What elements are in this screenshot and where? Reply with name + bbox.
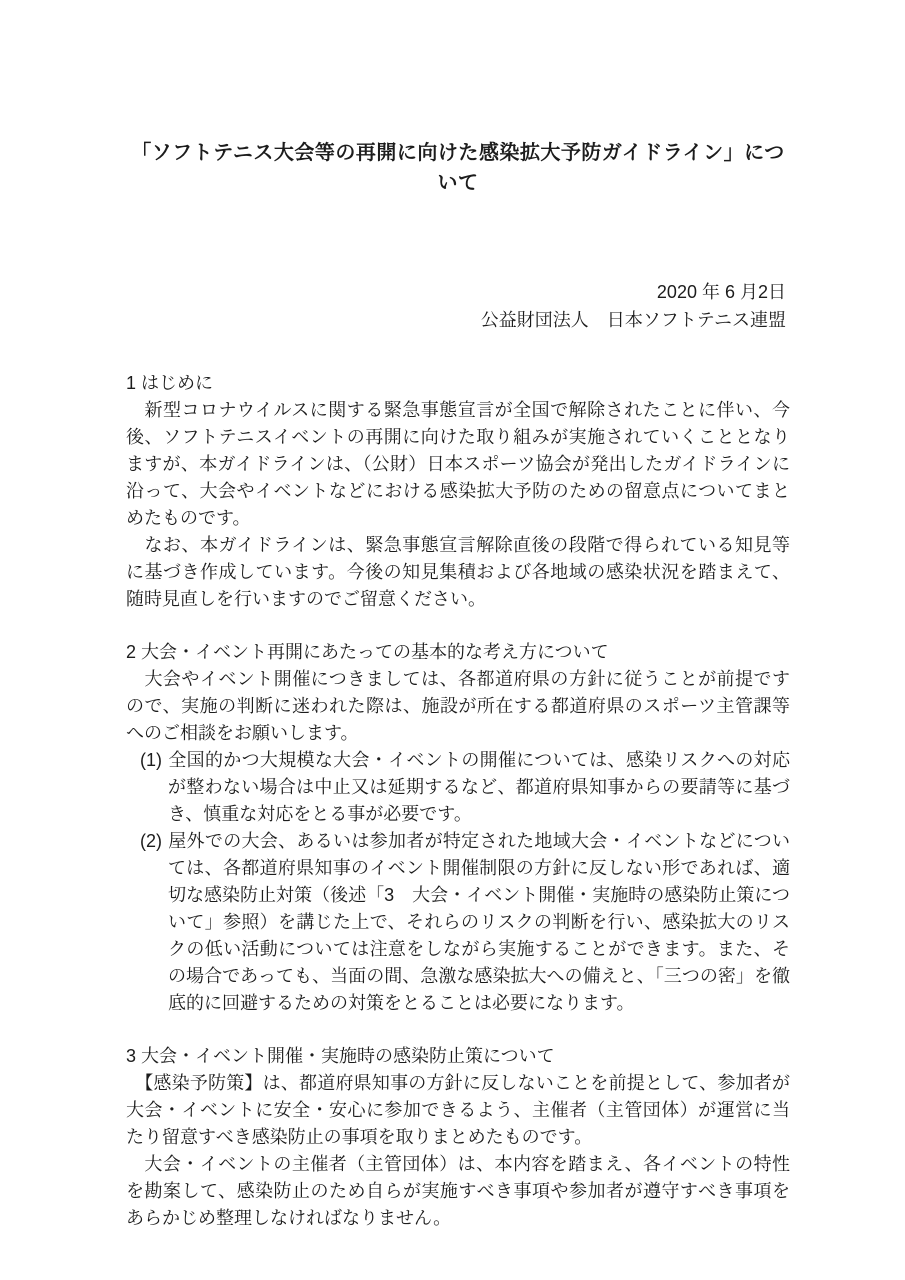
section-1-paragraph: なお、本ガイドラインは、緊急事態宣言解除直後の段階で得られている知見等に基づき作… xyxy=(126,532,790,613)
document-page: 「ソフトテニス大会等の再開に向けた感染拡大予防ガイドライン」について 2020 … xyxy=(0,0,905,1280)
numbered-list-item: (1)全国的かつ大規模な大会・イベントの開催については、感染リスクへの対応が整わ… xyxy=(126,747,790,828)
section-prevention-measures: 3 大会・イベント開催・実施時の感染防止策について 【感染予防策】は、都道府県知… xyxy=(126,1043,790,1232)
section-3-paragraph: 【感染予防策】は、都道府県知事の方針に反しないことを前提として、参加者が大会・イ… xyxy=(126,1070,790,1151)
section-1-paragraph: 新型コロナウイルスに関する緊急事態宣言が全国で解除されたことに伴い、今後、ソフト… xyxy=(126,397,790,532)
document-date: 2020 年 6 月2日 xyxy=(126,278,790,306)
document-title: 「ソフトテニス大会等の再開に向けた感染拡大予防ガイドライン」について xyxy=(126,138,790,198)
list-item-text: 全国的かつ大規模な大会・イベントの開催については、感染リスクへの対応が整わない場… xyxy=(168,750,790,824)
list-item-marker: (2) xyxy=(140,828,168,855)
section-2-heading: 2 大会・イベント再開にあたっての基本的な考え方について xyxy=(126,639,790,666)
document-meta: 2020 年 6 月2日 公益財団法人 日本ソフトテニス連盟 xyxy=(126,278,790,334)
section-2-paragraph: 大会やイベント開催につきましては、各都道府県の方針に従うことが前提ですので、実施… xyxy=(126,666,790,747)
section-introduction: 1 はじめに 新型コロナウイルスに関する緊急事態宣言が全国で解除されたことに伴い… xyxy=(126,370,790,613)
section-1-heading: 1 はじめに xyxy=(126,370,790,397)
section-basic-policy: 2 大会・イベント再開にあたっての基本的な考え方について 大会やイベント開催につ… xyxy=(126,639,790,1017)
section-3-paragraph: 大会・イベントの主催者（主管団体）は、本内容を踏まえ、各イベントの特性を勘案して… xyxy=(126,1151,790,1232)
document-organization: 公益財団法人 日本ソフトテニス連盟 xyxy=(126,306,790,334)
document-body: 1 はじめに 新型コロナウイルスに関する緊急事態宣言が全国で解除されたことに伴い… xyxy=(126,370,790,1232)
numbered-list-item: (2)屋外での大会、あるいは参加者が特定された地域大会・イベントなどについては、… xyxy=(126,828,790,1017)
list-item-marker: (1) xyxy=(140,747,168,774)
section-3-heading: 3 大会・イベント開催・実施時の感染防止策について xyxy=(126,1043,790,1070)
list-item-text: 屋外での大会、あるいは参加者が特定された地域大会・イベントなどについては、各都道… xyxy=(168,831,790,1013)
